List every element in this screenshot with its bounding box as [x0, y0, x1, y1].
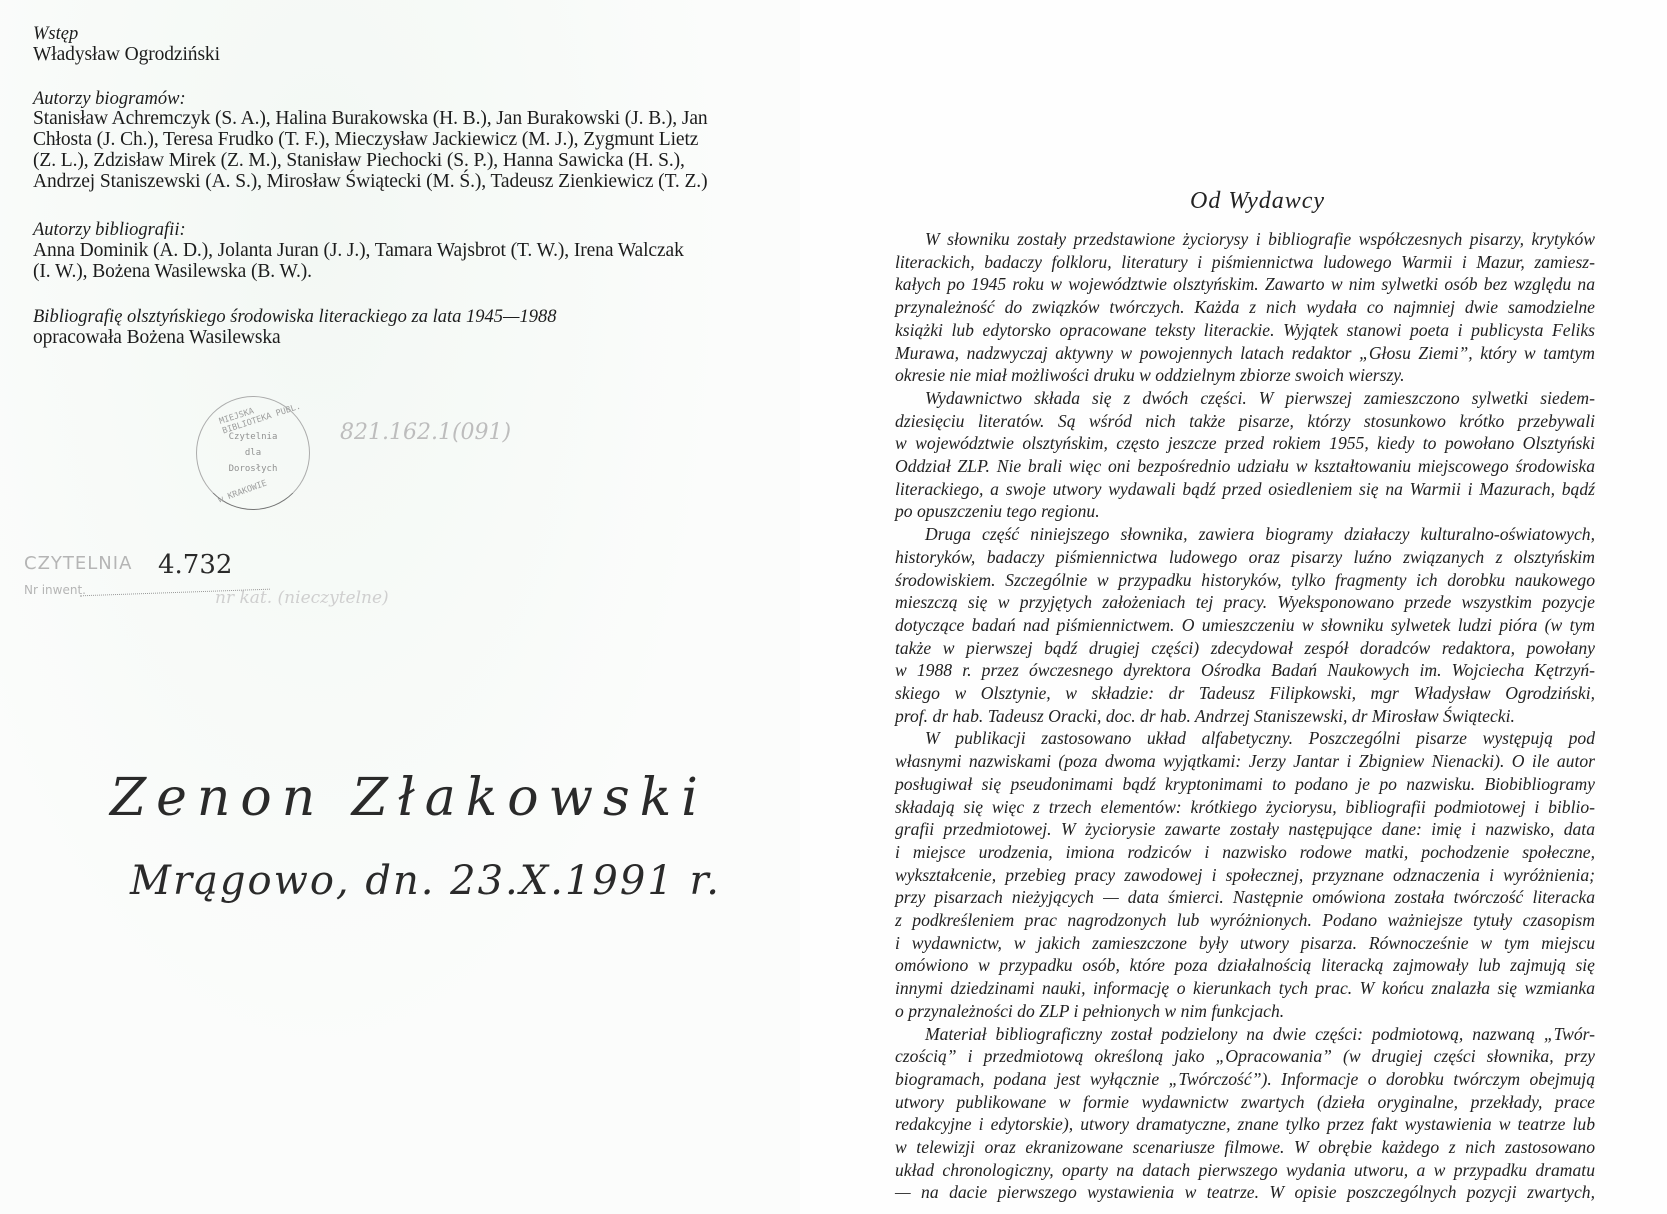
handwritten-signature: Zenon Złakowski	[110, 768, 708, 828]
text-line: z podkreśleniem prac nagrodzonych lub wy…	[895, 909, 1595, 932]
stamp-center-line: Czytelnia	[229, 429, 278, 445]
text-line: Druga część niniejszego słownika, zawier…	[925, 523, 1595, 546]
biograms-line: (Z. L.), Zdzisław Mirek (Z. M.), Stanisł…	[33, 150, 685, 172]
text-line: biogramach, podana jest wyłącznie „Twórc…	[895, 1068, 1595, 1091]
text-line: i miejsce urodzenia, imiona rodziców i n…	[895, 841, 1595, 864]
stamp-ring-bottom: w KRAKOWIE	[217, 479, 269, 506]
bibliography-line: (I. W.), Bożena Wasilewska (B. W.).	[33, 261, 312, 283]
text-line: składają się więc z trzech elementów: kr…	[895, 796, 1595, 819]
faint-note: nr kat. (nieczytelne)	[215, 588, 389, 608]
biograms-line: Andrzej Staniszewski (A. S.), Mirosław Ś…	[33, 171, 707, 193]
env-bibliography-title: Bibliografię olsztyńskiego środowiska li…	[33, 307, 556, 328]
handwritten-place-date: Mrągowo, dn. 23.X.1991 r.	[130, 858, 721, 904]
text-line: także w pierwszej bądź drugiej części) z…	[895, 637, 1595, 660]
stamp-center-line: dla	[229, 445, 278, 461]
bibliography-line: Anna Dominik (A. D.), Jolanta Juran (J. …	[33, 240, 684, 262]
text-line: okresie nie miał możliwości druku w oddz…	[895, 364, 1595, 387]
inventory-label: Nr inwent.	[24, 583, 86, 597]
stamp-center: Czytelnia dla Dorosłych	[229, 429, 278, 477]
page-title: Od Wydawcy	[1190, 188, 1325, 215]
text-line: książki lub edytorsko opracowane teksty …	[895, 319, 1595, 342]
call-number: 821.162.1(091)	[340, 420, 511, 445]
text-line: mieszczą się w przyjętych założeniach te…	[895, 591, 1595, 614]
text-line: czością” i przedmiotową określoną jako „…	[895, 1045, 1595, 1068]
biograms-line: Stanisław Achremczyk (S. A.), Halina Bur…	[33, 108, 708, 130]
text-line: innymi dziedzinami nauki, informację o k…	[895, 977, 1595, 1000]
stamp-center-line: Dorosłych	[229, 461, 278, 477]
text-line: dotyczące badań nad piśmiennictwem. O um…	[895, 614, 1595, 637]
text-line: Wydawnictwo składa się z dwóch części. W…	[925, 387, 1595, 410]
reading-room-stamp: CZYTELNIA	[24, 553, 132, 574]
text-line: w 1988 r. przez ówczesnego dyrektora Ośr…	[895, 659, 1595, 682]
text-line: W słowniku zostały przedstawione życiory…	[925, 228, 1595, 251]
text-line: środowiskiem. Szczególnie w przypadku hi…	[895, 569, 1595, 592]
text-line: o przynależności do ZLP i pełnionych w n…	[895, 1000, 1595, 1023]
text-line: skiego w Olsztynie, w składzie: dr Tadeu…	[895, 682, 1595, 705]
text-line: literackiego, a swoje utwory wydawali bą…	[895, 478, 1595, 501]
text-line: grafii przedmiotowej. W życiorysie zawar…	[895, 818, 1595, 841]
text-line: własnymi nazwiskami (poza dwoma wyjątkam…	[895, 750, 1595, 773]
text-line: literackich, badaczy folkloru, literatur…	[895, 251, 1595, 274]
text-line: po opuszczeniu tego regionu.	[895, 500, 1595, 523]
text-line: prof. dr hab. Tadeusz Oracki, doc. dr ha…	[895, 705, 1595, 728]
biograms-heading: Autorzy biogramów:	[33, 89, 186, 110]
text-line: W publikacji zastosowano układ alfabetyc…	[925, 727, 1595, 750]
text-line: w telewizji oraz ekranizowane scenariusz…	[895, 1136, 1595, 1159]
text-line: przynależność do związków twórczych. Każ…	[895, 296, 1595, 319]
text-line: wykształcenie, przebieg pracy zawodowej …	[895, 864, 1595, 887]
biograms-line: Chłosta (J. Ch.), Teresa Frudko (T. F.),…	[33, 129, 698, 151]
text-line: Murawa, nadzwyczaj aktywny w powojennych…	[895, 342, 1595, 365]
text-line: utwory publikowane w formie wydawnictw z…	[895, 1091, 1595, 1114]
inventory-number: 4.732	[158, 550, 232, 580]
text-line: Oddział ZLP. Nie brali więc oni bezpośre…	[895, 455, 1595, 478]
text-line: posługiwał się pseudonimami bądź krypton…	[895, 773, 1595, 796]
intro-author: Władysław Ogrodziński	[33, 44, 220, 66]
text-line: omówiono w przypadku osób, które poza dz…	[895, 954, 1595, 977]
text-line: redakcyjne i edytorskie), utwory dramaty…	[895, 1113, 1595, 1136]
text-line: przy pisarzach nieżyjących — data śmierc…	[895, 886, 1595, 909]
left-page: Wstęp Władysław Ogrodziński Autorzy biog…	[0, 0, 800, 1214]
library-stamp: MIEJSKA BIBLIOTEKA PUBL. w KRAKOWIE Czyt…	[196, 396, 310, 510]
text-line: dziesięciu literatów. Są wśród nich takż…	[895, 410, 1595, 433]
env-bibliography-author: opracowała Bożena Wasilewska	[33, 327, 281, 349]
text-line: historyków, badaczy piśmiennictwa ludowe…	[895, 546, 1595, 569]
text-line: i wydawnictw, w jakich zamieszczone były…	[895, 932, 1595, 955]
text-line: — na dacie pierwszego wystawienia w teat…	[895, 1181, 1595, 1204]
bibliography-heading: Autorzy bibliografii:	[33, 220, 186, 241]
intro-heading: Wstęp	[33, 24, 78, 45]
text-line: kałych po 1945 roku w województwie olszt…	[895, 273, 1595, 296]
text-line: w województwie olsztyńskim, często jeszc…	[895, 432, 1595, 455]
text-line: Materiał bibliograficzny został podzielo…	[925, 1023, 1595, 1046]
text-line: układ chronologiczny, oparty na datach p…	[895, 1159, 1595, 1182]
